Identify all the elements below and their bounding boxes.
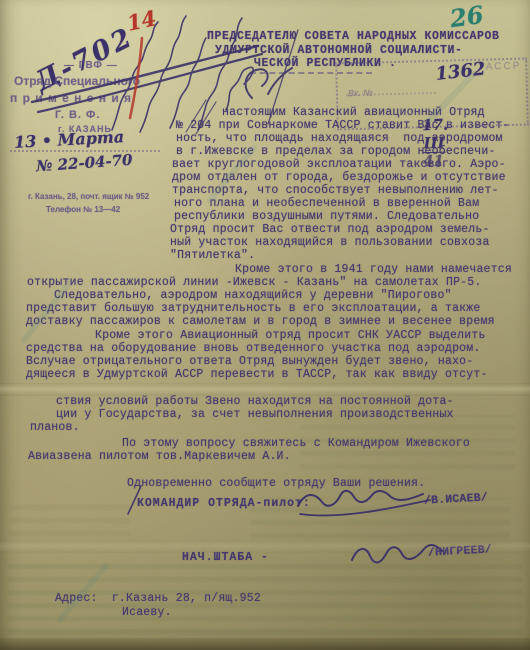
- sender-stamp-unit-line1: Отряд Специального: [14, 74, 140, 88]
- body-line: ции у Государства, за счет невыполнения …: [56, 408, 454, 421]
- body-line: транспорта, что способствует невыполнени…: [172, 184, 499, 197]
- body-line: ный участок находящийся в пользовании со…: [170, 236, 490, 249]
- body-line: Вслучае отрицательного ответа Отряд выну…: [26, 355, 473, 368]
- scan-seam: [0, 540, 530, 553]
- body-line: дящееся в Удмуртской АССР перевести в ТА…: [26, 368, 488, 381]
- red-pencil-mark: 14: [125, 5, 159, 36]
- body-line: Следовательно, аэродром находящийся у де…: [54, 289, 452, 302]
- body-line: настоящим Казанский авиационный Отряд: [222, 106, 485, 119]
- body-line: По этому вопросу свяжитесь с Командиром …: [122, 437, 470, 450]
- body-line: Отряд просит Вас отвести под аэродром зе…: [170, 223, 490, 236]
- scan-seam: [0, 383, 530, 396]
- archive-page-number: 26: [448, 0, 485, 33]
- signature-role-commander: КОМАНДИР ОТРЯДА-пилот:: [137, 497, 311, 510]
- signature-name-isaev: /В.ИСАЕВ/: [424, 491, 489, 507]
- body-line: № 204 при Совнаркоме ТАССР ставит Вас в …: [176, 119, 510, 132]
- body-line: "Пятилетка".: [170, 249, 255, 262]
- body-line: Одновременно сообщите отряду Ваши решени…: [127, 477, 425, 490]
- isaev-signature: [298, 491, 430, 516]
- sender-stamp-date: 13 • Марта: [14, 127, 125, 152]
- body-line: открытие пассажирской линии -Ижевск - Ка…: [27, 276, 481, 289]
- sender-stamp-unit-line2: п р и м е н е н и я: [10, 91, 132, 105]
- body-line: Кроме этого Авиационный отряд просит СНК…: [95, 329, 486, 342]
- body-line: дром отдален от города, бездорожье и отс…: [172, 171, 506, 184]
- recipient-line2: УДМУРТСКОЙ АВТОНОМНОЙ СОЦИАЛИСТИ-: [215, 44, 463, 57]
- body-line: в г.Ижевске в пределах за городом необес…: [176, 145, 496, 158]
- bottom-edge-shadow: [0, 638, 530, 650]
- body-line: республики воздушными путями. Следовател…: [174, 210, 479, 223]
- body-line: представит большую затруднительность в е…: [26, 302, 480, 315]
- body-line: средства на оборудование вновь отведенно…: [26, 342, 480, 355]
- body-line: планов.: [30, 421, 80, 434]
- body-line: Кроме этого в 1941 году нами намечается: [235, 263, 512, 276]
- incoming-number: 1362: [434, 58, 486, 85]
- body-line: вает круглогодовой эксплоатации такового…: [172, 158, 506, 171]
- body-line: ствия условий работы Звено находится на …: [56, 395, 454, 408]
- body-line: доставку пассажиров к самолетам и в горо…: [26, 315, 495, 328]
- sender-stamp-address1: г. Казань, 28, почт. ящик № 952: [28, 192, 149, 201]
- document-scan: 26 Д-702 14 — ГВФ — Отряд Специального п…: [0, 0, 530, 650]
- bleedthrough-text: [10, 500, 130, 540]
- sender-stamp-number: № 22-04-70: [35, 151, 133, 176]
- body-line: ного плана и необеспеченной в вверенной …: [174, 197, 479, 210]
- body-line: Авиазвена пилотом тов.Маркевичем А.И.: [28, 450, 291, 463]
- sender-stamp-address2: Телефон № 13—42: [46, 205, 120, 214]
- body-line: ность, что площадь находящаяся под аэрод…: [176, 132, 503, 145]
- sender-stamp-org: Г. В. Ф.: [55, 109, 100, 121]
- sender-stamp-gvf: — ГВФ —: [64, 60, 118, 71]
- footer-address-line2: Исаеву.: [122, 606, 172, 619]
- recipient-line1: ПРЕДСЕДАТЕЛЮ СОВЕТА НАРОДНЫХ КОМИССАРОВ: [207, 30, 500, 43]
- footer-address-line1: Адрес: г.Казань 28, п/ящ.952: [55, 592, 261, 605]
